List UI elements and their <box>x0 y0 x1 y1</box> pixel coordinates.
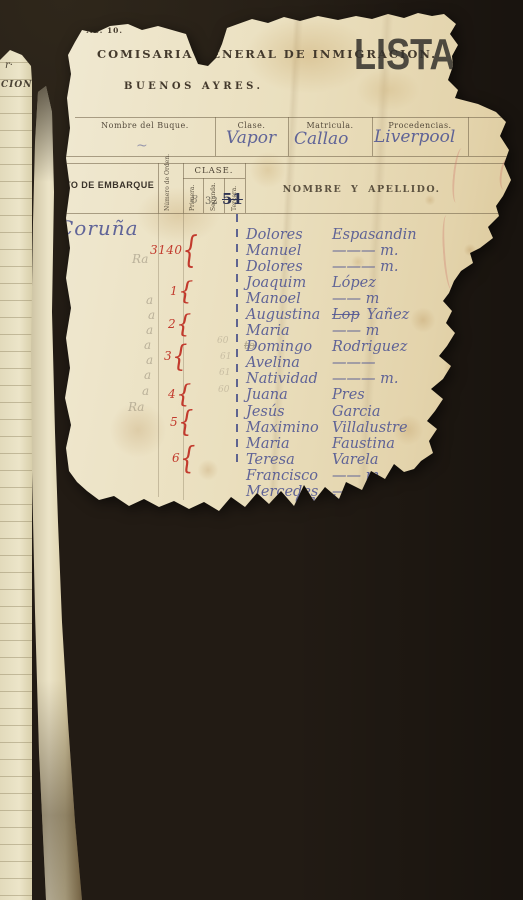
ship-name-mark: ~ <box>136 138 148 154</box>
passenger-given-name: Augustina <box>246 307 332 323</box>
passenger-given-name: Maximino <box>246 420 332 436</box>
header-ship-name: Nombre del Buque. <box>75 121 215 130</box>
pencil-note: 61 <box>220 352 231 362</box>
passenger-row: MaximinoVillalustre <box>246 420 496 436</box>
passenger-row: Manoel—— m <box>246 291 496 307</box>
ship-origin-value: Liverpool <box>374 127 455 147</box>
passenger-surname: —— m <box>332 468 379 484</box>
table-line <box>183 178 245 179</box>
underlying-ledger-page: r· CIONES <box>0 46 32 900</box>
red-number: 3 <box>164 349 172 363</box>
passenger-row: JuanaPres <box>246 387 496 403</box>
passenger-surname: López <box>332 275 376 291</box>
archive-photo: { "colors":{ "background":"#221b14", "pa… <box>0 0 523 900</box>
ruled-dashed-line <box>236 214 238 468</box>
passenger-row: Mercedes—— m <box>246 484 496 500</box>
red-number: 6 <box>172 451 180 465</box>
passenger-surname: Villalustre <box>332 420 408 436</box>
table-line <box>75 117 510 118</box>
red-group-number: 6 { <box>172 446 195 470</box>
red-group-number: 1 { <box>170 279 193 303</box>
passenger-row: JesúsGarcia <box>246 404 496 420</box>
passenger-given-name: Domingo <box>246 339 332 355</box>
passenger-given-name: Teresa <box>246 452 332 468</box>
pencil-note: 60 <box>218 385 229 395</box>
table-line <box>158 163 159 213</box>
red-group-number: 2 { <box>168 312 191 336</box>
table-line <box>58 213 510 214</box>
passenger-row: Francisco—— m <box>246 468 496 484</box>
table-line <box>58 163 510 164</box>
header-order-number: Número de Orden. <box>164 167 171 211</box>
table-line <box>63 156 510 157</box>
passenger-row: AugustinaLopYañez <box>246 307 496 323</box>
embark-port-value: Coruña <box>58 216 139 240</box>
ship-registry-value: Callao <box>294 129 348 149</box>
passenger-row: DoloresEspasandin <box>246 227 496 243</box>
corner-mark: r· <box>5 60 13 71</box>
table-line <box>203 178 204 213</box>
passenger-given-name: Juana <box>246 387 332 403</box>
passenger-surname: ——— m. <box>332 371 398 387</box>
class-count-first: 8 <box>191 193 198 206</box>
passenger-given-name: Dolores <box>246 259 332 275</box>
ship-class-value: Vapor <box>226 128 276 148</box>
passenger-row: MariaFaustina <box>246 436 496 452</box>
red-number: 2 <box>168 317 176 331</box>
passenger-surname: ——— m. <box>332 259 398 275</box>
red-group-number: 5 { <box>170 410 193 434</box>
passenger-given-name: Joaquim <box>246 275 332 291</box>
pencil-mark: a <box>146 323 153 337</box>
pencil-mark: Ra <box>128 400 144 414</box>
passenger-surname: Faustina <box>332 436 395 452</box>
brace-icon: { <box>178 408 193 437</box>
immigration-manifest-page: No. 10. COMISARIA GENERAL DE INMIGRACION… <box>58 0 523 520</box>
red-number: 1 <box>170 284 178 298</box>
city-subtitle: BUENOS AYRES. <box>124 81 264 92</box>
red-group-number: 3 { <box>164 344 187 368</box>
form-number: No. 10. <box>86 26 123 35</box>
passenger-list: DoloresEspasandin Manuel——— m. Dolores——… <box>246 227 496 500</box>
passenger-row: TeresaVarela <box>246 452 496 468</box>
header-embark-port: RTO DE EMBARQUE <box>58 180 157 191</box>
passenger-surname: Varela <box>332 452 379 468</box>
passenger-given-name: Manoel <box>246 291 332 307</box>
brace-icon: { <box>180 442 195 473</box>
partial-printed-word: CIONES <box>1 80 48 90</box>
passenger-surname: Espasandin <box>332 227 417 243</box>
pencil-mark: a <box>144 368 151 382</box>
pencil-note: 61 <box>219 368 230 378</box>
passenger-row: JoaquimLópez <box>246 275 496 291</box>
red-number: 4 <box>168 387 176 401</box>
passenger-row: Maria—— m <box>246 323 496 339</box>
red-group-number: 4 { <box>168 382 191 406</box>
red-group-number: 3140 { <box>150 238 198 262</box>
brace-icon: { <box>172 341 187 371</box>
pencil-note: 60 <box>217 336 228 346</box>
pencil-mark: a <box>142 384 149 398</box>
passenger-given-name: Maria <box>246 323 332 339</box>
passenger-surname: ——— <box>332 355 376 371</box>
pencil-mark: a <box>148 308 155 322</box>
red-number: 5 <box>170 415 178 429</box>
pencil-mark: a <box>144 338 151 352</box>
class-count-third: 51 <box>222 190 243 208</box>
header-names: NOMBRE Y APELLIDO. <box>245 184 478 195</box>
passenger-given-name: Francisco <box>246 468 332 484</box>
struck-text: Lop <box>332 307 360 323</box>
partial-torn-name: Garcia <box>295 491 345 509</box>
pencil-mark: Ra <box>132 252 148 266</box>
pencil-mark: a <box>146 353 153 367</box>
passenger-row: Manuel——— m. <box>246 243 496 259</box>
passenger-row: Avelina——— <box>246 355 496 371</box>
document-wrapper: No. 10. COMISARIA GENERAL DE INMIGRACION… <box>58 0 523 520</box>
class-count-second: 32 <box>205 196 218 207</box>
pencil-mark: a <box>146 293 153 307</box>
header-class: CLASE. <box>183 166 245 176</box>
brace-icon: { <box>176 381 191 406</box>
passenger-given-name: Maria <box>246 436 332 452</box>
passenger-row: DomingoRodriguez <box>246 339 496 355</box>
table-line <box>468 117 469 156</box>
passenger-surname: ——— m. <box>332 243 398 259</box>
passenger-given-name: Manuel <box>246 243 332 259</box>
passenger-surname: Rodriguez <box>332 339 407 355</box>
passenger-given-name: Jesús <box>246 404 332 420</box>
passenger-surname: Yañez <box>367 307 410 323</box>
passenger-surname: —— m <box>332 323 379 339</box>
passenger-row: Dolores——— m. <box>246 259 496 275</box>
brace-icon: { <box>183 232 198 268</box>
brace-icon: { <box>176 311 191 336</box>
passenger-surname: Pres <box>332 387 365 403</box>
passenger-row: Natividad——— m. <box>246 371 496 387</box>
red-number: 3140 <box>150 243 183 257</box>
page-title: LISTA <box>354 30 456 80</box>
passenger-surname: Garcia <box>332 404 381 420</box>
brace-icon: { <box>178 278 193 303</box>
passenger-given-name: Dolores <box>246 227 332 243</box>
passenger-surname: —— m <box>332 291 379 307</box>
passenger-given-name: Natividad <box>246 371 332 387</box>
passenger-given-name: Avelina <box>246 355 332 371</box>
